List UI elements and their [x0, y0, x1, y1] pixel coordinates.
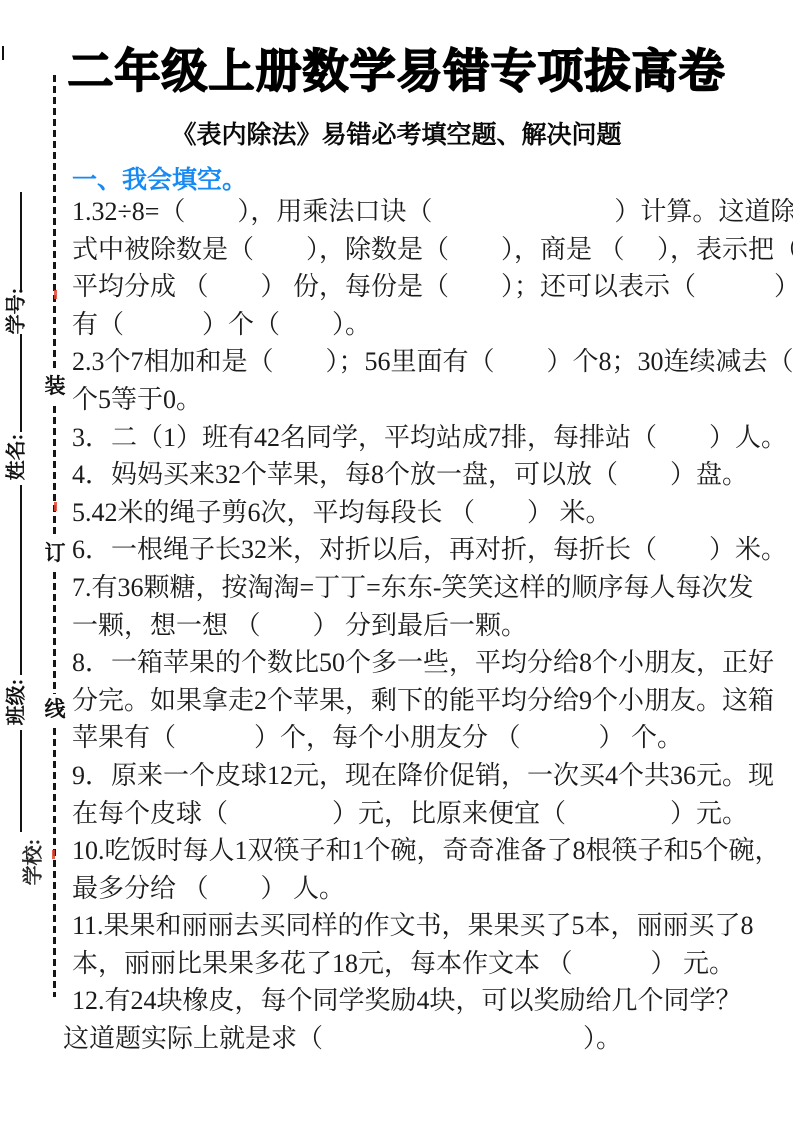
red-scan-mark [52, 850, 55, 859]
binding-char-zhuang: 装 [45, 374, 66, 398]
school-label: 学校: [17, 839, 46, 886]
question-line: 分完。如果拿走2个苹果，剩下的能平均分给9个小朋友。这箱 [72, 682, 760, 720]
question-line: 8．一箱苹果的个数比50个多一些，平均分给8个小朋友，正好 [72, 644, 760, 682]
student-id-label: 学号: [0, 288, 29, 335]
question-line: 个5等于0。 [72, 381, 760, 419]
question-line: 9．原来一个皮球12元，现在降价促销，一次买4个共36元。现 [72, 757, 760, 795]
question-line: 1.32÷8=（ ），用乘法口诀（ ）计算。这道除法算 [72, 193, 760, 231]
write-line-class [20, 485, 22, 675]
binding-dashed-line [53, 572, 56, 694]
binding-dashed-line [53, 728, 56, 997]
question-line: 在每个皮球（ ）元，比原来便宜（ ）元。 [72, 795, 760, 833]
question-line: 3．二（1）班有42名同学，平均站成7排，每排站（ ）人。 [72, 419, 760, 457]
red-scan-mark [54, 502, 57, 511]
write-line-student-id [20, 192, 22, 290]
question-line: 7.有36颗糖，按淘淘=丁丁=东东-笑笑这样的顺序每人每次发 [72, 569, 760, 607]
question-line: 有（ ）个（ ）。 [72, 306, 760, 344]
name-label: 姓名: [0, 434, 29, 481]
write-line-name [20, 334, 22, 432]
question-line: 10.吃饭时每人1双筷子和1个碗，奇奇准备了8根筷子和5个碗， [72, 832, 760, 870]
question-line: 6．一根绳子长32米，对折以后，再对折，每折长（ ）米。 [72, 531, 760, 569]
question-line: 一颗，想一想 （ ） 分到最后一颗。 [72, 607, 760, 645]
question-line: 12.有24块橡皮，每个同学奖励4块，可以奖励给几个同学？ [72, 982, 760, 1020]
question-line: 最多分给 （ ） 人。 [72, 870, 760, 908]
question-line: 本，丽丽比果果多花了18元，每本作文本 （ ） 元。 [72, 945, 760, 983]
question-list: 1.32÷8=（ ），用乘法口诀（ ）计算。这道除法算 式中被除数是（ ），除数… [72, 193, 760, 1058]
write-line-school [20, 730, 22, 832]
red-scan-mark [54, 290, 57, 299]
binding-char-xian: 线 [45, 697, 66, 721]
binding-dashed-line [53, 406, 56, 538]
question-line: 4．妈妈买来32个苹果，每8个放一盘，可以放（ ）盘。 [72, 456, 760, 494]
question-line: 11.果果和丽丽去买同样的作文书，果果买了5本，丽丽买了8 [72, 907, 760, 945]
question-line: 5.42米的绳子剪6次，平均每段长 （ ） 米。 [72, 494, 760, 532]
question-line: 苹果有（ ）个，每个小朋友分 （ ） 个。 [72, 719, 760, 757]
page-title: 二年级上册数学易错专项拔高卷 [36, 44, 757, 98]
worksheet-page: 学号: 姓名: 班级: 学校: 装 订 线 二年级上册数学易错专项拔高卷 《表内… [0, 0, 793, 1122]
question-line: 平均分成 （ ） 份，每份是（ ）；还可以表示（ ） 里面 [72, 268, 760, 306]
question-line: 2.3个7相加和是（ ）；56里面有（ ）个8；30连续减去（ ） [72, 343, 760, 381]
scan-artifact [2, 46, 4, 60]
question-line: 这道题实际上就是求（ ）。 [63, 1020, 760, 1058]
binding-char-ding: 订 [45, 541, 66, 565]
question-line: 式中被除数是（ ），除数是（ ），商是 （ ），表示把（ ） [72, 231, 760, 269]
page-subtitle: 《表内除法》易错必考填空题、解决问题 [36, 119, 757, 152]
class-label: 班级: [0, 679, 29, 726]
section-heading: 一、我会填空。 [72, 164, 247, 196]
